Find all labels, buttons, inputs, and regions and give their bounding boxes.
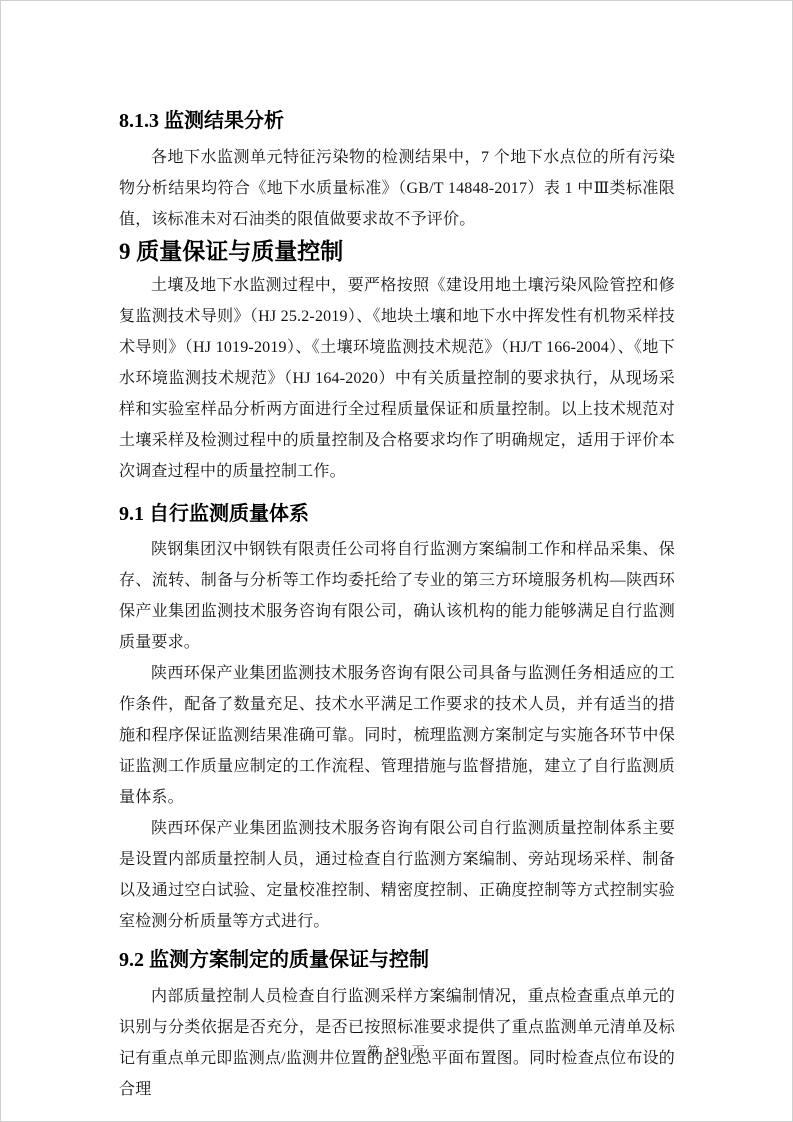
document-page: 8.1.3 监测结果分析 各地下水监测单元特征污染物的检测结果中，7 个地下水点…: [0, 0, 793, 1122]
paragraph-internal-qc-system: 陕西环保产业集团监测技术服务咨询有限公司自行监测质量控制体系主要是设置内部质量控…: [119, 813, 675, 937]
paragraph-agency-capability: 陕西环保产业集团监测技术服务咨询有限公司具备与监测任务相适应的工作条件，配备了数…: [119, 658, 675, 813]
paragraph-qa-standards: 土壤及地下水监测过程中，要严格按照《建设用地土壤污染风险管控和修复监测技术导则》…: [119, 270, 675, 487]
page-number-footer: 第 138 页: [1, 1041, 792, 1060]
heading-9-quality-assurance-control: 9 质量保证与质量控制: [119, 237, 675, 267]
heading-9-2-monitoring-plan-qa: 9.2 监测方案制定的质量保证与控制: [119, 947, 675, 973]
paragraph-groundwater-results: 各地下水监测单元特征污染物的检测结果中，7 个地下水点位的所有污染物分析结果均符…: [119, 142, 675, 235]
paragraph-third-party-delegation: 陕钢集团汉中钢铁有限责任公司将自行监测方案编制工作和样品采集、保存、流转、制备与…: [119, 534, 675, 658]
heading-9-1-self-monitoring-quality-system: 9.1 自行监测质量体系: [119, 501, 675, 527]
heading-8-1-3-monitoring-result-analysis: 8.1.3 监测结果分析: [119, 108, 675, 134]
